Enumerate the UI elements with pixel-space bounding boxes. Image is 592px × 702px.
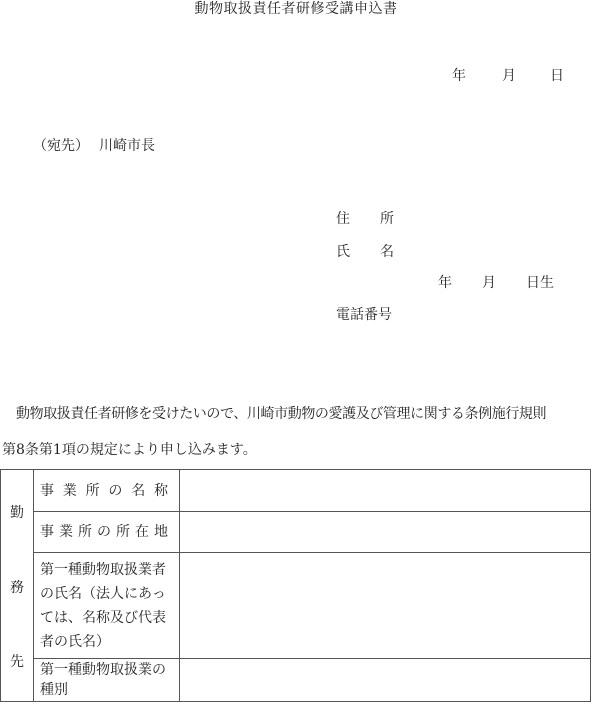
addressee: （宛先）川崎市長 xyxy=(33,137,155,155)
submission-date: 年月日 xyxy=(452,67,564,85)
birth-day-label: 日生 xyxy=(526,274,554,292)
addressee-name: 川崎市長 xyxy=(99,138,155,154)
label-char: 名 xyxy=(131,479,145,503)
birth-year-label: 年 xyxy=(438,274,452,292)
name-label-2: 名 xyxy=(380,244,394,260)
side-char: 務 xyxy=(1,576,33,600)
business-name-label: 事 業 所 の 名 称 xyxy=(34,470,180,512)
operator-name-input[interactable] xyxy=(180,553,591,659)
label-line: 第一種動物取扱業の xyxy=(40,660,179,680)
table-row: 第一種動物取扱業者 の氏名（法人にあっ ては、名称及び代表 者の氏名） xyxy=(1,553,591,659)
table-row: 事 業 所 の 所 在 地 xyxy=(1,512,591,553)
addressee-prefix: （宛先） xyxy=(33,138,89,154)
address-label-2: 所 xyxy=(380,211,394,227)
label-char: 称 xyxy=(154,479,168,503)
table-row: 第一種動物取扱業の 種別 xyxy=(1,659,591,702)
label-char: 事 xyxy=(40,479,54,503)
birth-month-label: 月 xyxy=(482,274,496,292)
body-text-line-1: 動物取扱責任者研修を受けたいので、川崎市動物の愛護及び管理に関する条例施行規則 xyxy=(16,405,546,423)
label-char: 業 xyxy=(59,520,73,544)
business-address-input[interactable] xyxy=(180,512,591,553)
name-label-1: 氏 xyxy=(336,244,350,260)
label-char: 地 xyxy=(154,520,168,544)
label-line: 種別 xyxy=(40,680,179,700)
operator-name-label: 第一種動物取扱業者 の氏名（法人にあっ ては、名称及び代表 者の氏名） xyxy=(34,553,180,659)
table-row: 勤 務 先 事 業 所 の 名 称 xyxy=(1,470,591,512)
business-address-label: 事 業 所 の 所 在 地 xyxy=(34,512,180,553)
label-line: 第一種動物取扱業者 xyxy=(40,558,179,582)
business-type-input[interactable] xyxy=(180,659,591,702)
business-name-input[interactable] xyxy=(180,470,591,512)
workplace-table: 勤 務 先 事 業 所 の 名 称 事 業 所 の 所 在 地 xyxy=(0,469,591,702)
birth-date: 年月日生 xyxy=(438,274,554,292)
label-char: 所 xyxy=(116,520,130,544)
document-title: 動物取扱責任者研修受講申込書 xyxy=(0,0,592,18)
address-label-1: 住 xyxy=(336,211,350,227)
date-day-label: 日 xyxy=(550,67,564,85)
date-month-label: 月 xyxy=(502,67,516,85)
label-char: 業 xyxy=(63,479,77,503)
label-char: の xyxy=(108,479,122,503)
workplace-side-label: 勤 務 先 xyxy=(1,470,34,702)
label-char: 事 xyxy=(40,520,54,544)
label-char: の xyxy=(97,520,111,544)
side-char: 勤 xyxy=(1,501,33,525)
name-field: 氏名 xyxy=(336,243,394,261)
label-char: 所 xyxy=(86,479,100,503)
label-char: 在 xyxy=(135,520,149,544)
business-type-label: 第一種動物取扱業の 種別 xyxy=(34,659,180,702)
label-line: の氏名（法人にあっ xyxy=(40,582,179,606)
phone-label: 電話番号 xyxy=(336,307,392,323)
body-text-line-2: 第8条第1項の規定により申し込みます。 xyxy=(2,441,257,459)
phone-field: 電話番号 xyxy=(336,306,392,324)
side-char: 先 xyxy=(1,650,33,674)
label-line: ては、名称及び代表 xyxy=(40,606,179,630)
label-line: 者の氏名） xyxy=(40,630,179,654)
label-char: 所 xyxy=(78,520,92,544)
date-year-label: 年 xyxy=(452,67,466,85)
address-field: 住所 xyxy=(336,210,394,228)
